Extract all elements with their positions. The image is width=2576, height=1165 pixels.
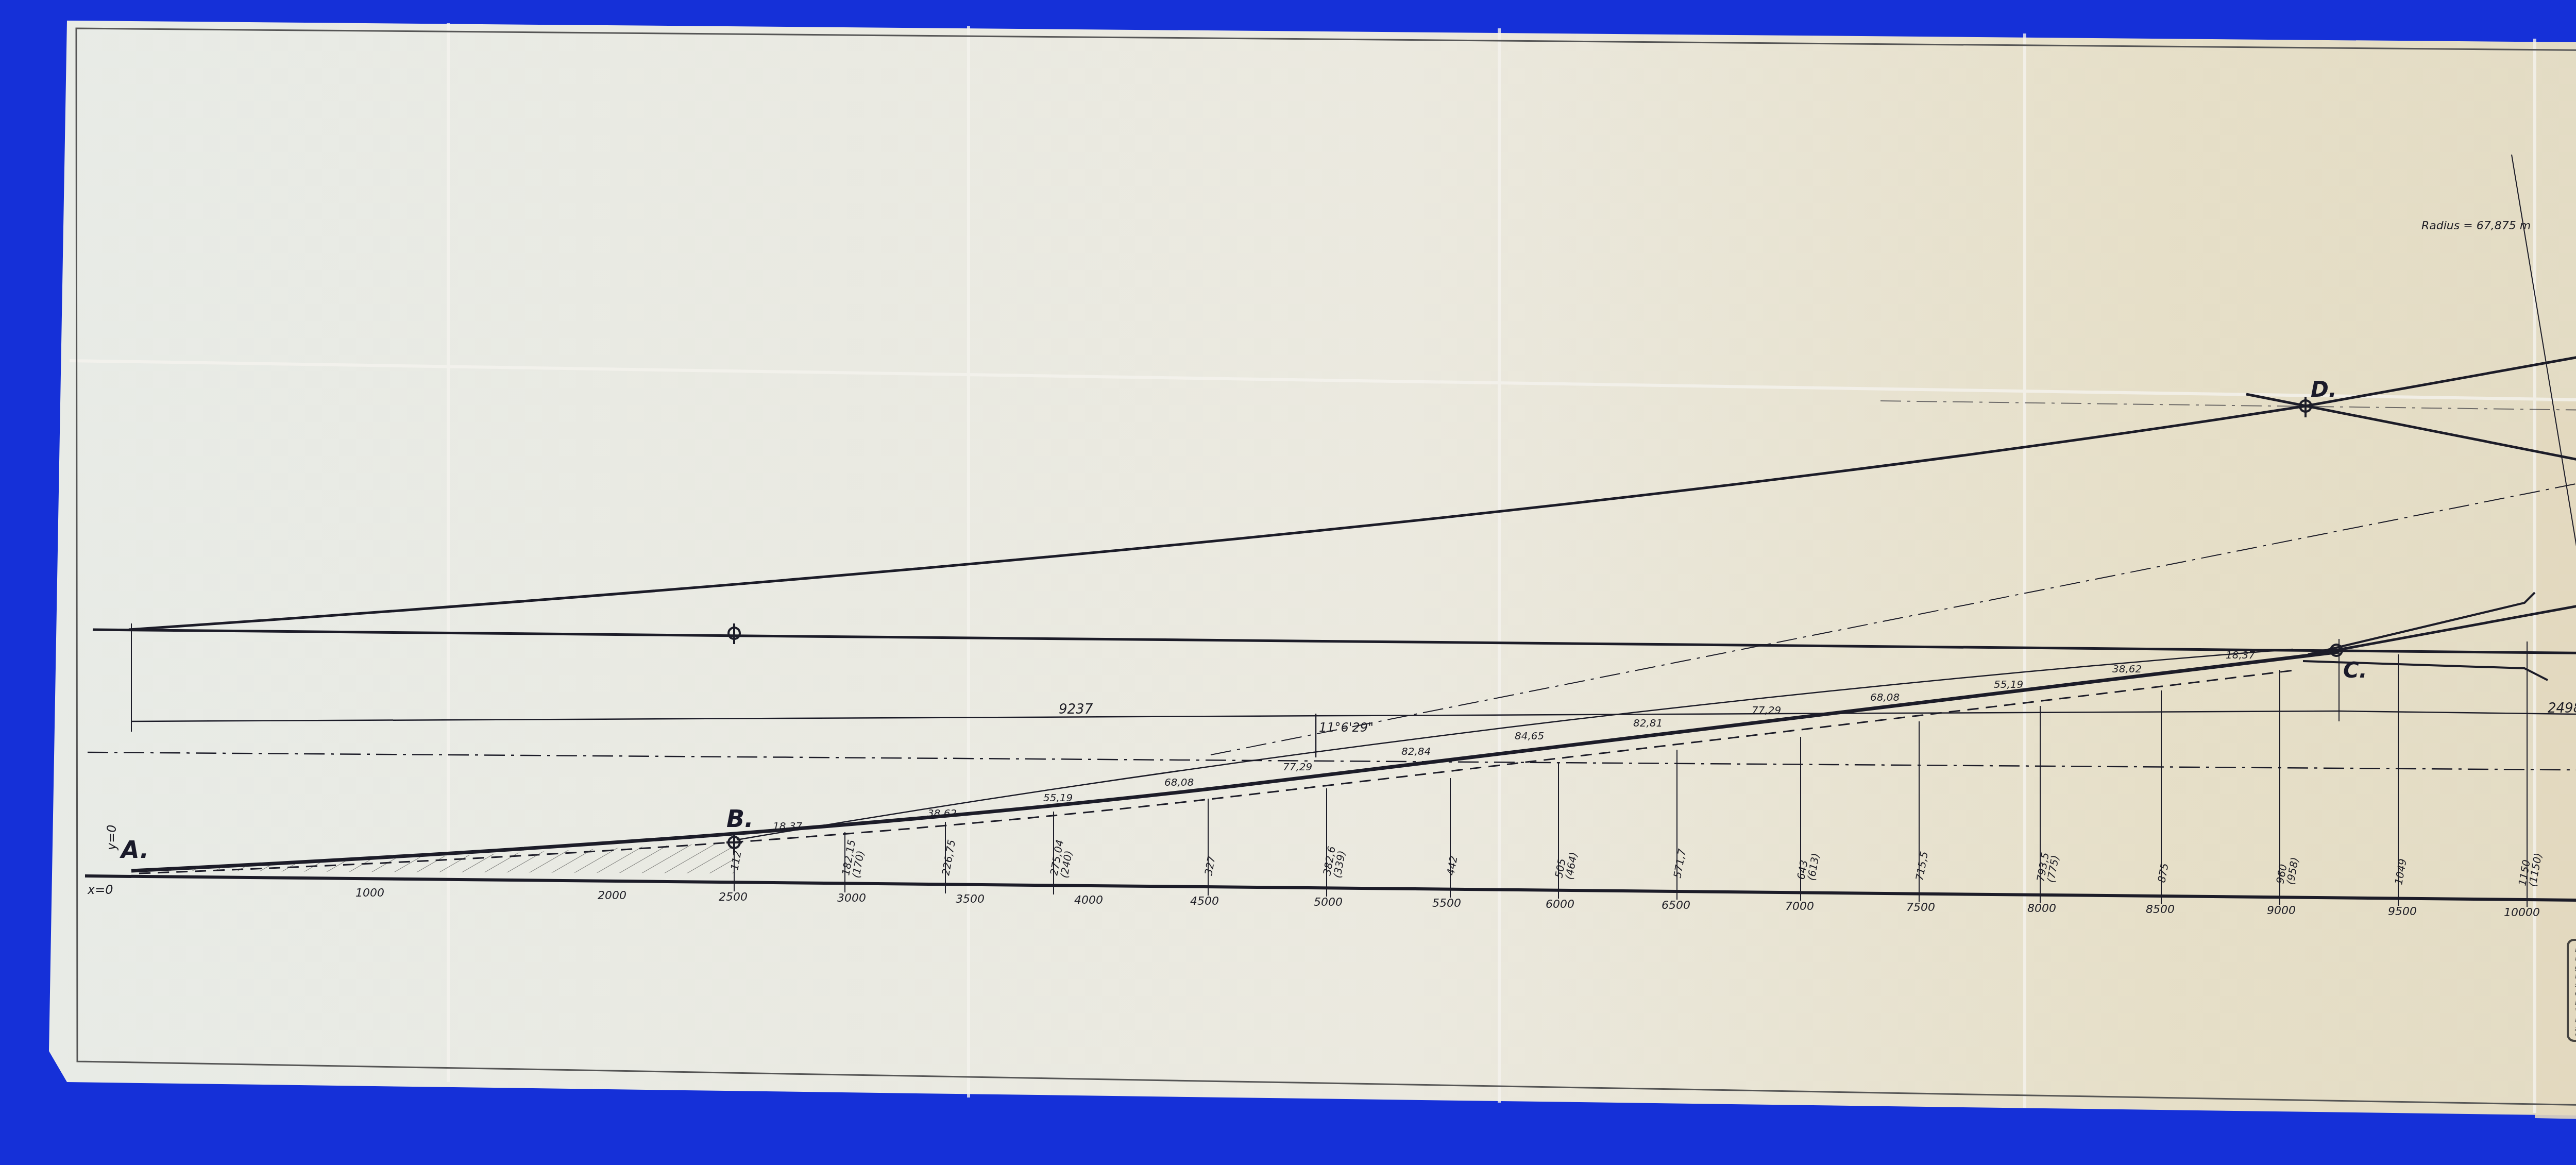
drawing-sheet: A. B. C. D. E. y=0 x=0 Radius = 67,875 m…: [0, 0, 2576, 1165]
offset-value: 38,62: [2112, 663, 2142, 675]
offset-value: 68,08: [1164, 776, 1194, 788]
tick-label: 2000: [598, 889, 626, 902]
radius-note: Radius = 67,875 m: [2421, 220, 2531, 232]
tick-label: 8000: [2027, 902, 2056, 915]
offset-value: 18,37: [2226, 649, 2256, 661]
offset-value: 55,19: [1994, 678, 2023, 690]
dimension-ce: 2498: [2548, 701, 2576, 716]
offset-value: 55,19: [1043, 791, 1073, 804]
angle-note: 11°6'29": [1319, 720, 1374, 735]
tick-label: 9500: [2388, 905, 2417, 918]
point-label-c: C.: [2343, 657, 2367, 683]
point-label-a: A.: [120, 836, 149, 864]
offset-value: 82,81: [1633, 717, 1663, 729]
offset-value: 84,65: [1515, 730, 1544, 742]
tick-label: 6000: [1546, 898, 1574, 911]
point-label-d: D.: [2311, 377, 2337, 402]
tick-label: 5500: [1432, 897, 1461, 910]
offset-value: 68,08: [1870, 691, 1900, 703]
tick-label: 9000: [2267, 904, 2296, 917]
y-origin-label: y=0: [105, 824, 119, 851]
tick-label: 4500: [1190, 895, 1219, 908]
tick-label: 2500: [719, 891, 748, 904]
copyright-stamp: Diese Zeichnung darf nur zu dem von uns …: [2567, 939, 2576, 1042]
tick-label: 4000: [1074, 894, 1103, 907]
tick-label: 7500: [1906, 901, 1935, 914]
offset-value: 38,62: [927, 807, 957, 819]
offset-value: 77,29: [1283, 761, 1312, 773]
tick-label: 8500: [2146, 903, 2175, 916]
tick-label: 3500: [956, 893, 985, 906]
tick-label: 1000: [355, 887, 384, 900]
offset-value: 18,37: [773, 820, 803, 832]
tick-label: 6500: [1662, 899, 1690, 912]
point-label-b: B.: [726, 805, 754, 833]
dimension-ac: 9237: [1059, 702, 1093, 717]
photo-stage: A. B. C. D. E. y=0 x=0 Radius = 67,875 m…: [0, 0, 2576, 1165]
offset-value: 82,84: [1401, 745, 1431, 757]
tick-label: 5000: [1314, 896, 1343, 909]
tick-label: 10000: [2504, 906, 2540, 919]
tick-label: 3000: [837, 892, 866, 905]
x-origin-label: x=0: [87, 883, 113, 897]
offset-value: 77,29: [1752, 704, 1781, 716]
tick-label: 7000: [1785, 900, 1814, 913]
paper: [49, 21, 2576, 1128]
